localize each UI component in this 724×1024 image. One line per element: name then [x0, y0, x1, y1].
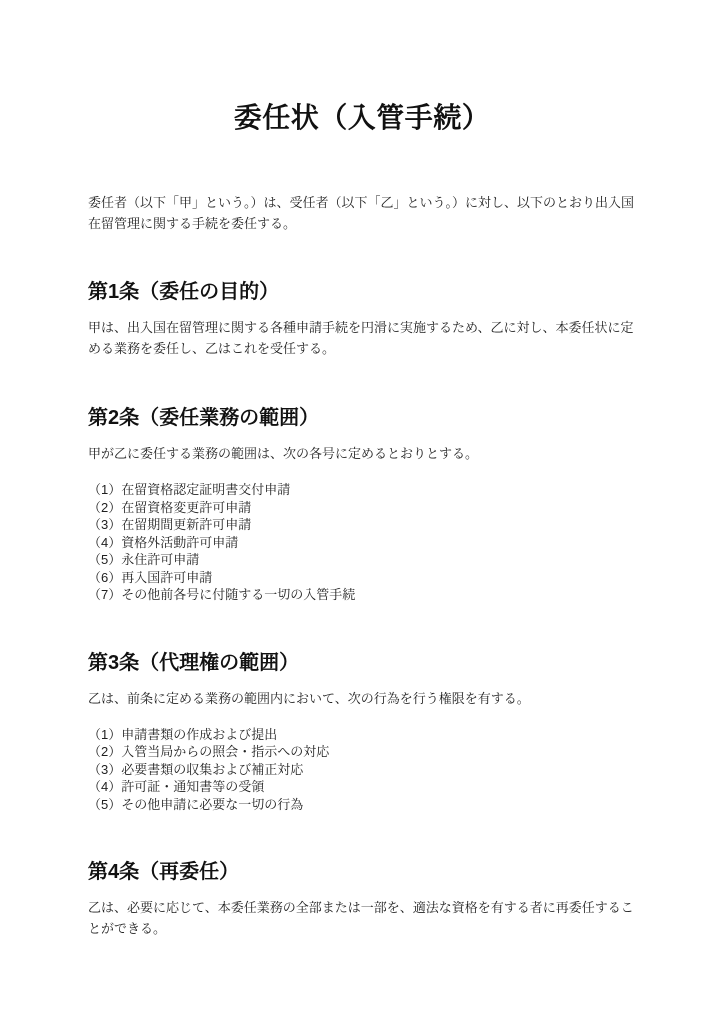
list-item: （5）その他申請に必要な一切の行為	[88, 796, 636, 814]
article-4-heading: 第4条（再委任）	[88, 859, 636, 885]
list-item: （1）申請書類の作成および提出	[88, 726, 636, 744]
section-article-1: 第1条（委任の目的） 甲は、出入国在留管理に関する各種申請手続を円滑に実施するた…	[88, 279, 636, 359]
article-2-body: 甲が乙に委任する業務の範囲は、次の各号に定めるとおりとする。	[88, 443, 636, 464]
list-item: （7）その他前各号に付随する一切の入管手続	[88, 586, 636, 604]
list-item: （4）許可証・通知書等の受領	[88, 778, 636, 796]
article-1-body: 甲は、出入国在留管理に関する各種申請手続を円滑に実施するため、乙に対し、本委任状…	[88, 317, 636, 359]
list-item: （2）在留資格変更許可申請	[88, 499, 636, 517]
list-item: （3）必要書類の収集および補正対応	[88, 761, 636, 779]
document-title: 委任状（入管手続）	[88, 100, 636, 136]
section-article-3: 第3条（代理権の範囲） 乙は、前条に定める業務の範囲内において、次の行為を行う権…	[88, 650, 636, 814]
intro-paragraph: 委任者（以下「甲」という。）は、受任者（以下「乙」という。）に対し、以下のとおり…	[88, 192, 636, 234]
article-1-heading: 第1条（委任の目的）	[88, 279, 636, 305]
article-3-clause-list: （1）申請書類の作成および提出 （2）入管当局からの照会・指示への対応 （3）必…	[88, 726, 636, 814]
list-item: （3）在留期間更新許可申請	[88, 516, 636, 534]
article-2-heading: 第2条（委任業務の範囲）	[88, 405, 636, 431]
article-2-clause-list: （1）在留資格認定証明書交付申請 （2）在留資格変更許可申請 （3）在留期間更新…	[88, 481, 636, 604]
article-4-body: 乙は、必要に応じて、本委任業務の全部または一部を、適法な資格を有する者に再委任す…	[88, 897, 636, 939]
list-item: （6）再入国許可申請	[88, 569, 636, 587]
list-item: （1）在留資格認定証明書交付申請	[88, 481, 636, 499]
article-3-heading: 第3条（代理権の範囲）	[88, 650, 636, 676]
section-article-4: 第4条（再委任） 乙は、必要に応じて、本委任業務の全部または一部を、適法な資格を…	[88, 859, 636, 939]
section-article-2: 第2条（委任業務の範囲） 甲が乙に委任する業務の範囲は、次の各号に定めるとおりと…	[88, 405, 636, 604]
list-item: （2）入管当局からの照会・指示への対応	[88, 743, 636, 761]
document-page: 委任状（入管手続） 委任者（以下「甲」という。）は、受任者（以下「乙」という。）…	[0, 0, 724, 1024]
list-item: （5）永住許可申請	[88, 551, 636, 569]
article-3-body: 乙は、前条に定める業務の範囲内において、次の行為を行う権限を有する。	[88, 688, 636, 709]
list-item: （4）資格外活動許可申請	[88, 534, 636, 552]
